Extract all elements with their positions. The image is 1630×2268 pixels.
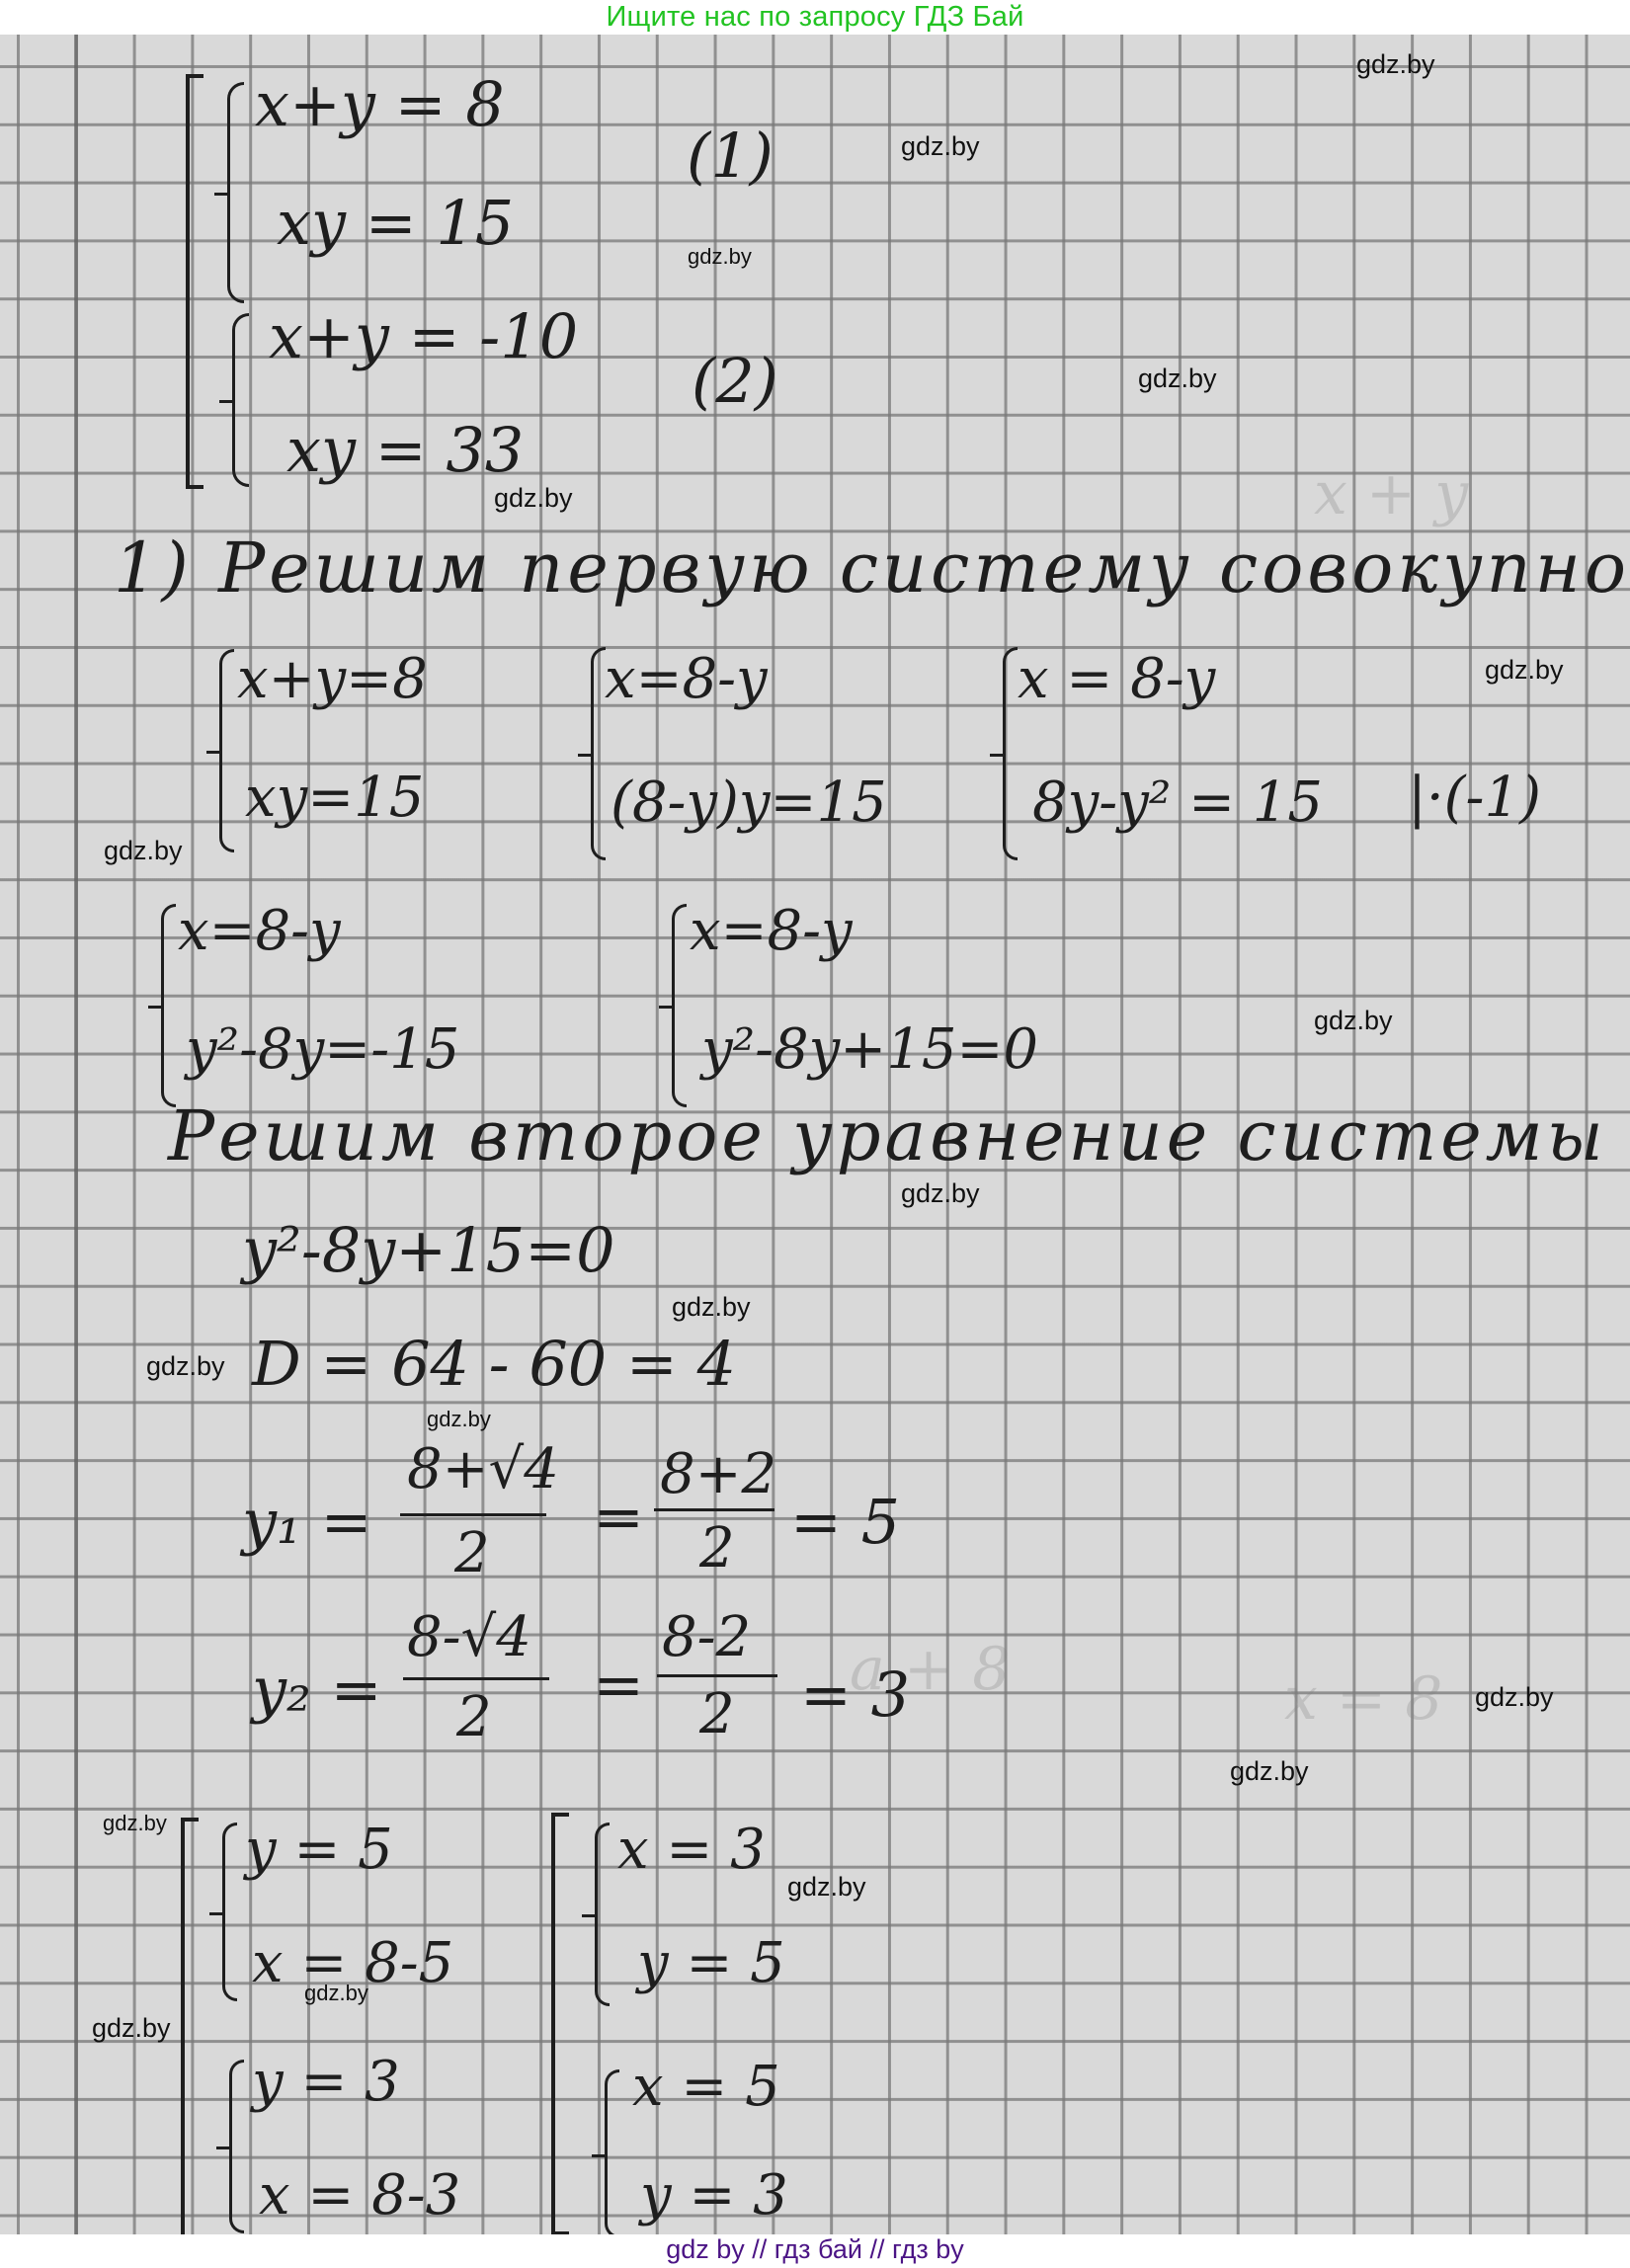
equation: x=8-y	[605, 652, 768, 707]
notebook-photo: x + y x = 8 a + 8 x+y = 8 xy = 15 (1) x+…	[0, 35, 1630, 2234]
fraction-denominator: 2	[456, 1690, 492, 1745]
equation: y = 3	[252, 2055, 400, 2110]
equation: x+y = 8	[255, 74, 505, 135]
watermark: gdz.by	[901, 1180, 980, 1207]
system-brace	[161, 904, 176, 1107]
fraction-bar	[400, 1513, 546, 1516]
fraction-numerator: 8-√4	[407, 1610, 531, 1665]
fraction-denominator: 2	[454, 1526, 490, 1581]
root-name: y₂ =	[252, 1660, 382, 1721]
set-bracket	[181, 1818, 199, 2234]
watermark: gdz.by	[146, 1353, 225, 1380]
equation: x=8-y	[178, 904, 341, 959]
equation: x+y = -10	[269, 306, 578, 367]
equation: y²-8y+15=0	[701, 1022, 1038, 1078]
system-brace	[591, 647, 606, 860]
fraction-numerator: 8+√4	[407, 1442, 559, 1498]
fraction-bar	[654, 1508, 774, 1511]
system-brace	[229, 2060, 244, 2233]
root-name: y₁ =	[242, 1492, 372, 1553]
step-heading: Решим второе уравнение системы	[168, 1101, 1607, 1171]
system-brace	[595, 1822, 610, 2006]
equation: y = 3	[640, 2168, 788, 2224]
multiply-note: |·(-1)	[1408, 770, 1541, 826]
equation: x = 3	[617, 1822, 766, 1878]
equation: x = 8-y	[1018, 652, 1215, 707]
watermark: gdz.by	[787, 1874, 866, 1901]
equation: 8y-y² = 15	[1032, 775, 1323, 831]
margin-line	[74, 35, 78, 2234]
watermark: gdz.by	[1356, 51, 1435, 78]
system-brace	[232, 313, 249, 487]
equation: x = 8-3	[259, 2168, 460, 2224]
system-brace	[222, 1822, 237, 2001]
equation: (8-y)y=15	[611, 775, 887, 831]
watermark: gdz.by	[427, 1409, 491, 1430]
fraction-bar	[657, 1674, 777, 1677]
system-brace	[1003, 647, 1018, 860]
equation: x = 5	[632, 2060, 780, 2115]
step-heading: 1) Решим первую систему совокупности	[114, 533, 1630, 603]
watermark: gdz.by	[688, 246, 752, 268]
watermark: gdz.by	[1138, 365, 1217, 392]
root-result: = 3	[800, 1664, 910, 1726]
watermark: gdz.by	[494, 485, 573, 512]
footer-text: gdz by // гдз бай // гдз by	[666, 2234, 964, 2265]
watermark: gdz.by	[103, 1813, 167, 1834]
watermark: gdz.by	[672, 1294, 751, 1321]
set-bracket	[551, 1813, 569, 2234]
system-brace	[219, 649, 234, 852]
equation: y²-8y=-15	[186, 1022, 459, 1078]
equation: xy=15	[245, 770, 424, 826]
watermark: gdz.by	[92, 2015, 171, 2042]
fraction-bar	[403, 1677, 549, 1680]
root-result: = 5	[790, 1492, 900, 1553]
banner-text: Ищите нас по запросу ГДЗ Бай	[606, 1, 1023, 34]
fraction-denominator: 2	[699, 1687, 735, 1742]
system-brace	[672, 904, 687, 1107]
fraction-numerator: 8-2	[662, 1610, 751, 1665]
system-brace	[605, 2069, 619, 2234]
watermark: gdz.by	[901, 133, 980, 160]
system-label: (2)	[692, 351, 778, 412]
show-through: x = 8	[1284, 1664, 1442, 1734]
top-banner: Ищите нас по запросу ГДЗ Бай	[0, 0, 1630, 35]
equals: =	[593, 1487, 644, 1548]
equals: =	[593, 1655, 644, 1716]
fraction-numerator: 8+2	[660, 1447, 776, 1502]
quadratic-equation: y²-8y+15=0	[242, 1220, 615, 1281]
equation: y = 5	[245, 1822, 393, 1878]
set-bracket	[186, 74, 204, 489]
equation: x+y=8	[237, 652, 428, 707]
watermark: gdz.by	[1475, 1684, 1554, 1711]
discriminant: D = 64 - 60 = 4	[252, 1334, 736, 1395]
bottom-banner: gdz by // гдз бай // гдз by	[0, 2234, 1630, 2268]
watermark: gdz.by	[104, 838, 183, 864]
watermark: gdz.by	[1314, 1008, 1393, 1034]
equation: y = 5	[637, 1936, 785, 1991]
system-brace	[227, 82, 244, 303]
watermark: gdz.by	[1230, 1758, 1309, 1785]
equation: xy = 33	[286, 420, 524, 481]
show-through: x + y	[1314, 459, 1468, 528]
equation: xy = 15	[277, 193, 514, 254]
watermark: gdz.by	[1485, 657, 1564, 684]
watermark: gdz.by	[304, 1983, 368, 2004]
equation: x=8-y	[690, 904, 853, 959]
fraction-denominator: 2	[699, 1521, 735, 1577]
system-label: (1)	[687, 125, 774, 187]
